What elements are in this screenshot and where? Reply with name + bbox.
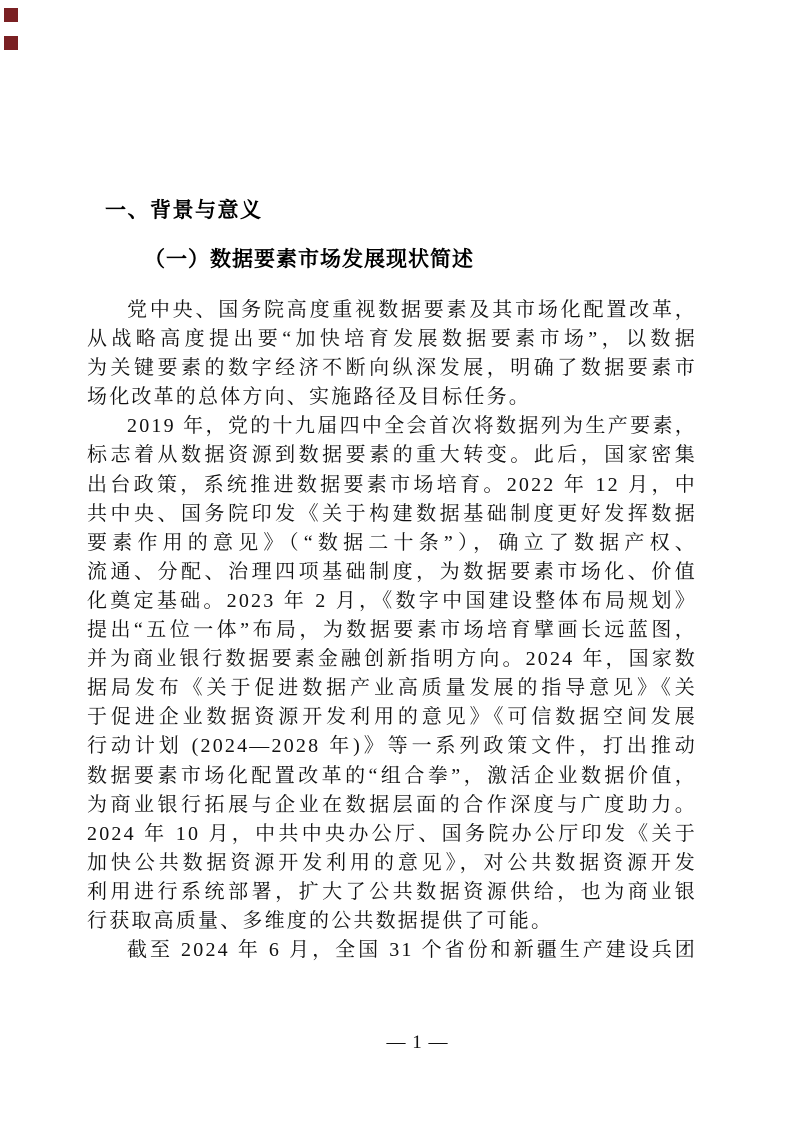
subsection-heading: （一）数据要素市场发展现状简述	[87, 245, 697, 274]
body-line: 提出“五位一体”布局，为数据要素市场培育擘画长远蓝图，	[87, 616, 697, 645]
body-line: 据局发布《关于促进数据产业高质量发展的指导意见》《关	[87, 674, 697, 703]
body-line: 行获取高质量、多维度的公共数据提供了可能。	[87, 907, 697, 936]
body-line: 要素作用的意见》（“数据二十条”），确立了数据产权、	[87, 529, 697, 558]
body-line: 标志着从数据资源到数据要素的重大转变。此后，国家密集	[87, 441, 697, 470]
body-line: 出台政策，系统推进数据要素市场培育。2022 年 12 月，中	[87, 471, 697, 500]
paragraph: 2019 年，党的十九届四中全会首次将数据列为生产要素，标志着从数据资源到数据要…	[87, 412, 697, 936]
body-line: 数据要素市场化配置改革的“组合拳”，激活企业数据价值，	[87, 762, 697, 791]
body-line: 场化改革的总体方向、实施路径及目标任务。	[87, 383, 697, 412]
body-line: 行动计划 (2024—2028 年)》等一系列政策文件，打出推动	[87, 732, 697, 761]
body-paragraphs: 党中央、国务院高度重视数据要素及其市场化配置改革，从战略高度提出要“加快培育发展…	[87, 296, 697, 965]
document-content: 一、背景与意义 （一）数据要素市场发展现状简述 党中央、国务院高度重视数据要素及…	[87, 196, 697, 965]
body-line: 从战略高度提出要“加快培育发展数据要素市场”，以数据	[87, 325, 697, 354]
body-line: 2024 年 10 月，中共中央办公厅、国务院办公厅印发《关于	[87, 820, 697, 849]
body-line: 截至 2024 年 6 月，全国 31 个省份和新疆生产建设兵团	[87, 936, 697, 965]
body-line: 于促进企业数据资源开发利用的意见》《可信数据空间发展	[87, 703, 697, 732]
body-line: 并为商业银行数据要素金融创新指明方向。2024 年，国家数	[87, 645, 697, 674]
body-line: 化奠定基础。2023 年 2 月，《数字中国建设整体布局规划》	[87, 587, 697, 616]
body-line: 2019 年，党的十九届四中全会首次将数据列为生产要素，	[87, 412, 697, 441]
document-page: 一、背景与意义 （一）数据要素市场发展现状简述 党中央、国务院高度重视数据要素及…	[0, 0, 793, 1122]
body-line: 流通、分配、治理四项基础制度，为数据要素市场化、价值	[87, 558, 697, 587]
corner-mark-top	[4, 8, 18, 22]
corner-mark-bottom	[4, 36, 18, 50]
paragraph: 截至 2024 年 6 月，全国 31 个省份和新疆生产建设兵团	[87, 936, 697, 965]
body-line: 党中央、国务院高度重视数据要素及其市场化配置改革，	[87, 296, 697, 325]
paragraph: 党中央、国务院高度重视数据要素及其市场化配置改革，从战略高度提出要“加快培育发展…	[87, 296, 697, 412]
body-line: 加快公共数据资源开发利用的意见》，对公共数据资源开发	[87, 849, 697, 878]
body-line: 共中央、国务院印发《关于构建数据基础制度更好发挥数据	[87, 500, 697, 529]
body-line: 为关键要素的数字经济不断向纵深发展，明确了数据要素市	[87, 354, 697, 383]
body-line: 利用进行系统部署，扩大了公共数据资源供给，也为商业银	[87, 878, 697, 907]
body-line: 为商业银行拓展与企业在数据层面的合作深度与广度助力。	[87, 791, 697, 820]
page-number: — 1 —	[21, 1032, 793, 1054]
section-heading: 一、背景与意义	[87, 196, 697, 225]
